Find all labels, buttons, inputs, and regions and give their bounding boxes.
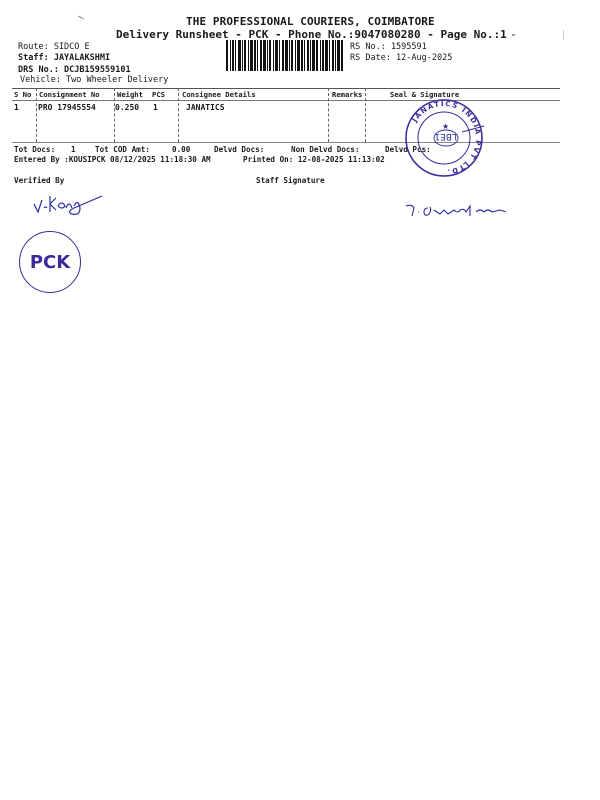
col-divider [178,88,179,142]
staff-signature-label: Staff Signature [256,176,325,185]
company-title: THE PROFESSIONAL COURIERS, COIMBATORE [186,15,435,28]
drs-number: DRS No.: DCJB159559101 [18,65,131,75]
col-header-consignment: Consignment No [39,90,100,99]
verified-by-label: Verified By [14,176,64,185]
col-divider [114,88,115,142]
rs-number: RS No.: 1595591 [350,42,427,52]
barcode [226,40,348,71]
vehicle-label: Vehicle: Two Wheeler Delivery [20,75,168,85]
printed-on: Printed On: 12-08-2025 11:13:02 [243,155,385,164]
col-header-consignee: Consignee Details [182,90,256,99]
verified-by-signature [30,188,110,218]
company-seal-stamp: JANATICS INDIA PVT LTD. ★ LBE1 [402,96,486,180]
cell-consignment: PRO 17945554 [38,103,96,112]
entered-by: Entered By :KOUSIPCK 08/12/2025 11:18:30… [14,155,211,164]
cell-weight: 0.250 [115,103,139,112]
pck-stamp: PCK [19,231,81,293]
route-label: Route: SIDCO E [18,42,90,52]
tot-cod-value: 0.00 [172,145,190,154]
tot-docs-label: Tot Docs: [14,145,55,154]
svg-text:LBE1: LBE1 [434,131,457,141]
cell-pcs: 1 [153,103,158,112]
col-header-pcs: PCS [152,90,165,99]
col-divider [328,88,329,142]
col-header-sno: S No [14,90,31,99]
col-header-remarks: Remarks [332,90,362,99]
cell-sno: 1 [14,103,19,112]
col-divider [365,88,366,142]
rs-date: RS Date: 12-Aug-2025 [350,53,452,63]
scan-artifact [563,30,564,40]
cell-consignee: JANATICS [186,103,225,112]
table-top-border [12,88,560,89]
non-delvd-docs-label: Non Delvd Docs: [291,145,360,154]
delvd-docs-label: Delvd Docs: [214,145,264,154]
staff-signature [402,200,522,220]
tot-docs-value: 1 [71,145,76,154]
pck-stamp-text: PCK [30,252,70,273]
col-header-weight: Weight [117,90,143,99]
scan-artifact [78,16,84,20]
tot-cod-label: Tot COD Amt: [95,145,150,154]
staff-label: Staff: JAYALAKSHMI [18,53,110,63]
scan-artifact [512,34,515,36]
col-divider [36,88,37,142]
